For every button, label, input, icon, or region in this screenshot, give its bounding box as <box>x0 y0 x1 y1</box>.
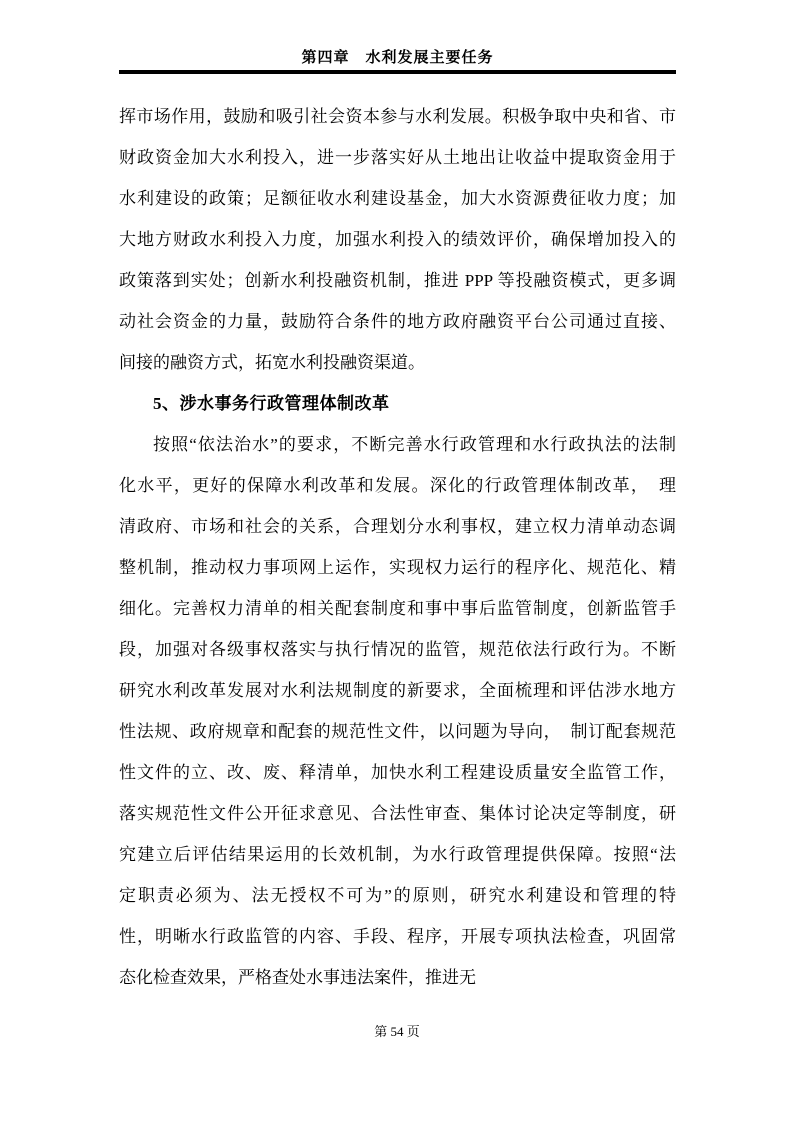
text-line: 化水平，更好的保障水利改革和发展。深化的行政管理体制改革， 理 <box>119 465 676 506</box>
document-page: 第四章 水利发展主要任务 挥市场作用，鼓励和吸引社会资本参与水利发展。积极争取中… <box>0 0 794 1122</box>
document-body: 挥市场作用，鼓励和吸引社会资本参与水利发展。积极争取中央和省、市财政资金加大水利… <box>119 96 676 998</box>
section-heading: 5、涉水事务行政管理体制改革 <box>119 383 676 424</box>
text-line: 段，加强对各级事权落实与执行情况的监管，规范依法行政行为。不断 <box>119 629 676 670</box>
page-number: 第 54 页 <box>0 1022 794 1042</box>
text-line: 性，明晰水行政监管的内容、手段、程序，开展专项执法检查，巩固常 <box>119 916 676 957</box>
text-line: 性文件的立、改、废、释清单，加快水利工程建设质量安全监管工作， <box>119 752 676 793</box>
text-line: 细化。完善权力清单的相关配套制度和事中事后监管制度，创新监管手 <box>119 588 676 629</box>
text-line: 按照“依法治水”的要求，不断完善水行政管理和水行政执法的法制 <box>119 424 676 465</box>
text-line: 落实规范性文件公开征求意见、合法性审查、集体讨论决定等制度，研 <box>119 793 676 834</box>
text-line: 清政府、市场和社会的关系，合理划分水利事权，建立权力清单动态调 <box>119 506 676 547</box>
text-line: 定职责必须为、法无授权不可为”的原则，研究水利建设和管理的特 <box>119 875 676 916</box>
text-line: 大地方财政水利投入力度，加强水利投入的绩效评价，确保增加投入的 <box>119 219 676 260</box>
text-line: 政策落到实处；创新水利投融资机制，推进 PPP 等投融资模式，更多调 <box>119 260 676 301</box>
page-header-title: 第四章 水利发展主要任务 <box>119 46 676 67</box>
text-line: 间接的融资方式，拓宽水利投融资渠道。 <box>119 342 676 383</box>
text-line: 动社会资金的力量，鼓励符合条件的地方政府融资平台公司通过直接、 <box>119 301 676 342</box>
text-line: 态化检查效果，严格查处水事违法案件，推进无 <box>119 957 676 998</box>
text-line: 挥市场作用，鼓励和吸引社会资本参与水利发展。积极争取中央和省、市 <box>119 96 676 137</box>
text-line: 性法规、政府规章和配套的规范性文件，以问题为导向， 制订配套规范 <box>119 711 676 752</box>
text-line: 究建立后评估结果运用的长效机制，为水行政管理提供保障。按照“法 <box>119 834 676 875</box>
text-line: 水利建设的政策；足额征收水利建设基金，加大水资源费征收力度；加 <box>119 178 676 219</box>
header-divider <box>119 70 676 74</box>
text-line: 研究水利改革发展对水利法规制度的新要求，全面梳理和评估涉水地方 <box>119 670 676 711</box>
text-line: 整机制，推动权力事项网上运作，实现权力运行的程序化、规范化、精 <box>119 547 676 588</box>
text-line: 财政资金加大水利投入，进一步落实好从土地出让收益中提取资金用于 <box>119 137 676 178</box>
